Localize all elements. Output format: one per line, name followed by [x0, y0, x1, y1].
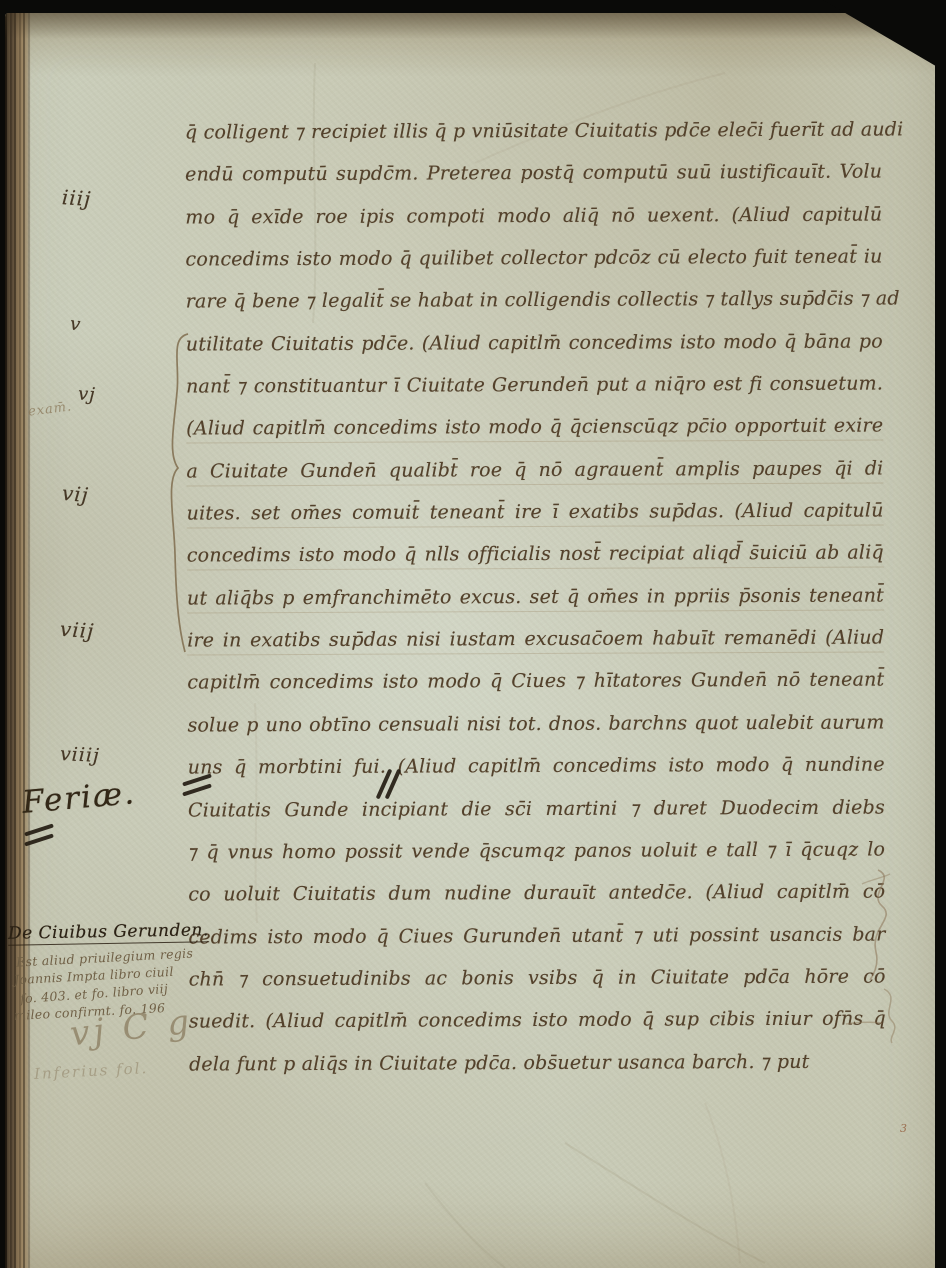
page-top-shading — [5, 13, 935, 39]
citizens-note-heading: De Ciuibus Gerunden. — [8, 920, 209, 946]
margin-chapter-number: viiij — [59, 743, 100, 767]
manuscript-line: nant̄ ⁊ constituantur ī Ciuitate Gerunde… — [186, 363, 883, 408]
emphasis-double-slash-mark — [376, 768, 402, 804]
manuscript-line: chn̄ ⁊ consuetudinibs ac bonis vsibs q̄ … — [189, 955, 886, 1000]
manuscript-line: ⁊ q̄ vnus homo possit vende q̄scumqz pan… — [188, 828, 885, 873]
manuscript-line: uites. set om̄es comuit̄ teneant̄ ire ī … — [187, 490, 884, 535]
manuscript-line: a Ciuitate Gunden̄ qualibt̄ roe q̄ nō ag… — [186, 447, 883, 492]
manuscript-line: ut aliq̄bs p emfranchimēto excus. set q̄… — [187, 574, 884, 619]
manuscript-line: suedit. (Aliud capitlm̄ concedims isto m… — [189, 998, 886, 1043]
manuscript-line: utilitate Ciuitatis pdc̄e. (Aliud capitl… — [186, 320, 883, 365]
main-text-block: q̄ colligent ⁊ recipiet illis q̄ p vniūs… — [185, 108, 886, 1085]
manuscript-photo: q̄ colligent ⁊ recipiet illis q̄ p vniūs… — [0, 0, 946, 1268]
book-gutter-edge — [5, 13, 31, 1268]
manuscript-line: co uoluit Ciuitatis dum nudine durauīt a… — [188, 871, 885, 916]
manuscript-line: concedims isto modo q̄ quilibet collecto… — [185, 236, 882, 281]
manuscript-line: solue p uno obtīno censuali nisi tot. dn… — [187, 701, 884, 746]
emphasis-double-stroke-mark — [24, 826, 58, 848]
manuscript-line: Ciuitatis Gunde incipiant die sc̄i marti… — [188, 786, 885, 831]
margin-chapter-number: v — [69, 313, 82, 335]
manuscript-line: cedims isto modo q̄ Ciues Gurunden̄ utan… — [188, 913, 885, 958]
manuscript-line: endū computū supdc̄m. Preterea postq̄ co… — [185, 151, 882, 196]
manuscript-line: rare q̄ bene ⁊ legalit̄ se habat in coll… — [186, 278, 883, 323]
margin-chapter-number: iiij — [61, 185, 92, 211]
red-foliation-mark: 3 — [900, 1122, 907, 1135]
manuscript-line: mo q̄ exīde roe ipis compoti modo aliq̄ … — [185, 193, 882, 238]
manuscript-line: capitlm̄ concedims isto modo q̄ Ciues ⁊ … — [187, 659, 884, 704]
margin-chapter-number: vj — [77, 384, 96, 406]
emphasis-double-stroke-mark — [182, 776, 216, 798]
manuscript-line: q̄ colligent ⁊ recipiet illis q̄ p vniūs… — [185, 108, 882, 153]
manuscript-line: ire in exatibs sup̄das nisi iustam excus… — [187, 617, 884, 662]
manuscript-line: (Aliud capitlm̄ concedims isto modo q̄ q… — [186, 405, 883, 450]
margin-chapter-number: viij — [59, 617, 95, 643]
manuscript-line: uns q̄ morbtini fui. (Aliud capitlm̄ con… — [188, 744, 885, 789]
margin-chapter-number: vij — [61, 481, 90, 507]
manuscript-line: concedims isto modo q̄ nlls officialis n… — [187, 532, 884, 577]
manuscript-line: dela funt p aliq̄s in Ciuitate pdc̄a. ob… — [189, 1040, 886, 1085]
